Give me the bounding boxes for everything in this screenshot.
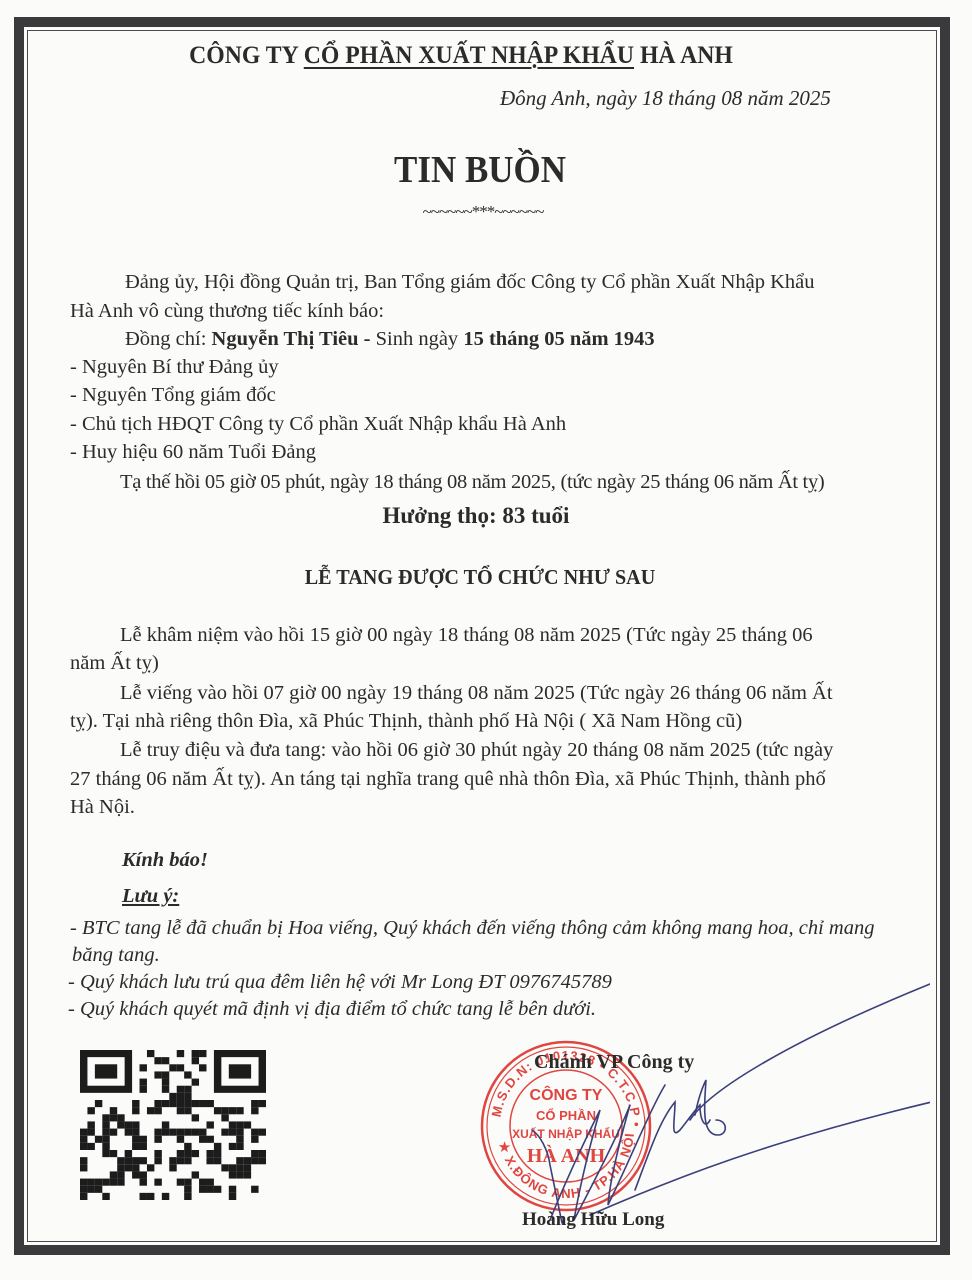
memorial-line-1: Lễ truy điệu và đưa tang: vào hồi 06 giờ… <box>120 740 833 761</box>
title-item: - Nguyên Bí thư Đảng ủy <box>70 357 279 378</box>
svg-text:XUẤT NHẬP KHẨU: XUẤT NHẬP KHẨU <box>512 1126 620 1141</box>
document-title: TIN BUỒN <box>38 148 921 192</box>
comrade-name: Nguyễn Thị Tiêu - <box>212 328 371 350</box>
svg-text:CỔ PHẦN: CỔ PHẦN <box>536 1108 596 1123</box>
funeral-heading: LỄ TANG ĐƯỢC TỔ CHỨC NHƯ SAU <box>19 565 941 590</box>
memorial-line-2: 27 tháng 06 năm Ất tỵ). An táng tại nghĩ… <box>70 769 826 790</box>
born-label: Sinh ngày <box>370 328 463 350</box>
svg-text:CÔNG TY: CÔNG TY <box>530 1085 603 1104</box>
age-line: Hưởng thọ: 83 tuổi <box>0 503 952 529</box>
comrade-label: Đồng chí: <box>125 328 212 350</box>
note-2: - Quý khách lưu trú qua đêm liên hệ với … <box>68 972 612 993</box>
passed-away-line: Tạ thế hồi 05 giờ 05 phút, ngày 18 tháng… <box>120 472 824 493</box>
company-underlined: CỔ PHẦN XUẤT NHẬP KHẨU <box>304 40 634 69</box>
intro-line-2: Hà Anh vô cùng thương tiếc kính báo: <box>70 301 384 322</box>
company-prefix: CÔNG TY <box>189 40 304 69</box>
born-date: 15 tháng 05 năm 1943 <box>463 328 654 350</box>
qr-code-icon <box>80 1050 266 1200</box>
encoffining-line-2: năm Ất tỵ) <box>70 653 159 674</box>
visitation-line-2: tỵ). Tại nhà riêng thôn Đìa, xã Phúc Thị… <box>70 711 742 732</box>
dateline: Đông Anh, ngày 18 tháng 08 năm 2025 <box>500 86 831 111</box>
encoffining-line-1: Lễ khâm niệm vào hồi 15 giờ 00 ngày 18 t… <box>120 625 813 646</box>
company-suffix: HÀ ANH <box>634 40 733 69</box>
note-3: - Quý khách quyét mã định vị địa điểm tổ… <box>68 999 596 1020</box>
comrade-line: Đồng chí: Nguyễn Thị Tiêu - Sinh ngày 15… <box>125 329 655 350</box>
note-1-line-2: băng tang. <box>72 945 160 966</box>
title-item: - Huy hiệu 60 năm Tuổi Đảng <box>70 442 316 463</box>
note-1-line-1: - BTC tang lễ đã chuẩn bị Hoa viếng, Quý… <box>70 918 874 939</box>
intro-line-1: Đảng ủy, Hội đồng Quản trị, Ban Tổng giá… <box>125 272 815 293</box>
closing-text: Kính báo! <box>122 850 208 871</box>
company-name-heading: CÔNG TY CỔ PHẦN XUẤT NHẬP KHẨU HÀ ANH <box>32 40 889 70</box>
signer-title: Chánh VP Công ty <box>534 1051 694 1074</box>
location-qr-code[interactable] <box>80 1050 266 1200</box>
notes-heading: Lưu ý: <box>122 886 179 907</box>
title-item: - Nguyên Tổng giám đốc <box>70 385 276 406</box>
visitation-line-1: Lễ viếng vào hồi 07 giờ 00 ngày 19 tháng… <box>120 683 833 704</box>
memorial-line-3: Hà Nội. <box>70 797 135 818</box>
svg-text:HÀ ANH: HÀ ANH <box>527 1144 606 1167</box>
signer-name: Hoàng Hữu Long <box>522 1209 664 1231</box>
title-ornament: ~~~~~~***~~~~~~ <box>0 202 966 222</box>
title-item: - Chủ tịch HĐQT Công ty Cổ phần Xuất Nhậ… <box>70 414 566 435</box>
